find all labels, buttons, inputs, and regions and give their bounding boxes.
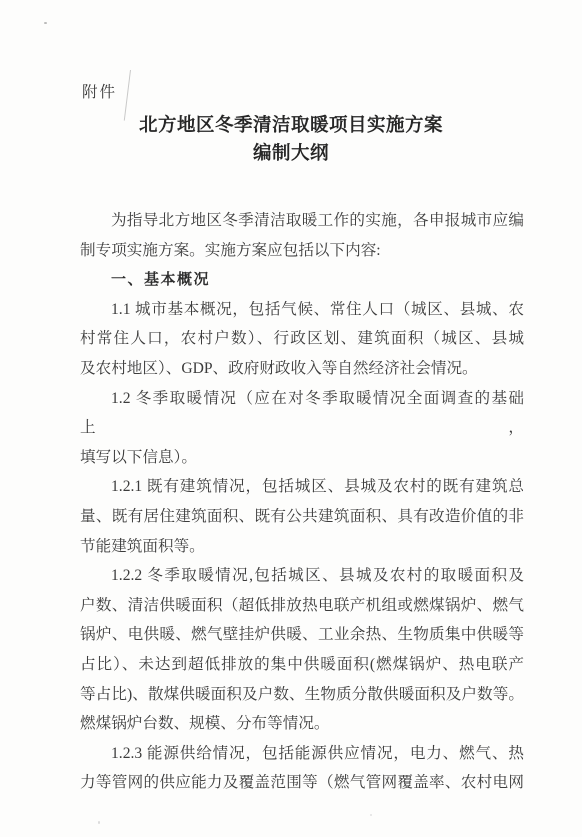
text-line: 燃煤锅炉台数、规模、分布等情况。 [80, 709, 524, 739]
text-line: 占比）、未达到超低排放的集中供暖面积(燃煤锅炉、热电联产 [80, 650, 524, 680]
text-line: 村常住人口，农村户数）、行政区划、建筑面积（城区、县城 [80, 324, 524, 354]
document-title: 北方地区冬季清洁取暖项目实施方案 [0, 111, 582, 137]
paragraph: 为指导北方地区冬季清洁取暖工作的实施，各申报城市应编制专项实施方案。实施方案应包… [80, 206, 524, 265]
text-line: 户数、清洁供暖面积（超低排放热电联产机组或燃煤锅炉、燃气 [80, 591, 524, 621]
paragraph: 1.2.1 既有建筑情况，包括城区、县城及农村的既有建筑总量、既有居住建筑面积、… [80, 472, 524, 561]
paragraph: 1.2.2 冬季取暖情况,包括城区、县城及农村的取暖面积及户数、清洁供暖面积（超… [80, 561, 524, 739]
paragraph: 1.2.3 能源供给情况，包括能源供应情况，电力、燃气、热力等管网的供应能力及覆… [80, 739, 524, 798]
document-subtitle: 编制大纲 [0, 139, 582, 165]
document-body: 为指导北方地区冬季清洁取暖工作的实施，各申报城市应编制专项实施方案。实施方案应包… [80, 206, 524, 798]
text-line: 量、既有居住建筑面积、既有公共建筑面积、具有改造价值的非 [80, 502, 524, 532]
text-line: 制专项实施方案。实施方案应包括以下内容: [80, 236, 524, 266]
text-line: 一、基本概况 [80, 265, 524, 295]
text-line: 1.2.1 既有建筑情况，包括城区、县城及农村的既有建筑总 [80, 472, 524, 502]
scan-speck [44, 22, 47, 24]
text-line: 1.2.2 冬季取暖情况,包括城区、县城及农村的取暖面积及 [80, 561, 524, 591]
text-line: 等占比)、散煤供暖面积及户数、生物质分散供暖面积及户数等。 [80, 680, 524, 710]
text-line: 及农村地区）、GDP、政府财政收入等自然经济社会情况。 [80, 354, 524, 384]
text-line: 填写以下信息）。 [80, 443, 524, 473]
scan-speck [370, 814, 372, 816]
scanned-document-page: 附件 北方地区冬季清洁取暖项目实施方案 编制大纲 为指导北方地区冬季清洁取暖工作… [0, 0, 582, 837]
text-line: 力等管网的供应能力及覆盖范围等（燃气管网覆盖率、农村电网 [80, 768, 524, 798]
paragraph: 1.1 城市基本概况，包括气候、常住人口（城区、县城、农村常住人口，农村户数）、… [80, 295, 524, 384]
text-line: 节能建筑面积等。 [80, 532, 524, 562]
text-line: 锅炉、电供暖、燃气壁挂炉供暖、工业余热、生物质集中供暖等 [80, 620, 524, 650]
scan-speck [98, 821, 100, 824]
text-line: 1.2.3 能源供给情况，包括能源供应情况，电力、燃气、热 [80, 739, 524, 769]
section-heading: 一、基本概况 [80, 265, 524, 295]
text-line: 1.1 城市基本概况，包括气候、常住人口（城区、县城、农 [80, 295, 524, 325]
text-line: 为指导北方地区冬季清洁取暖工作的实施，各申报城市应编 [80, 206, 524, 236]
attachment-label: 附件 [82, 80, 117, 102]
text-line: 1.2 冬季取暖情况（应在对冬季取暖情况全面调查的基础上， [80, 384, 524, 443]
paragraph: 1.2 冬季取暖情况（应在对冬季取暖情况全面调查的基础上，填写以下信息）。 [80, 384, 524, 473]
